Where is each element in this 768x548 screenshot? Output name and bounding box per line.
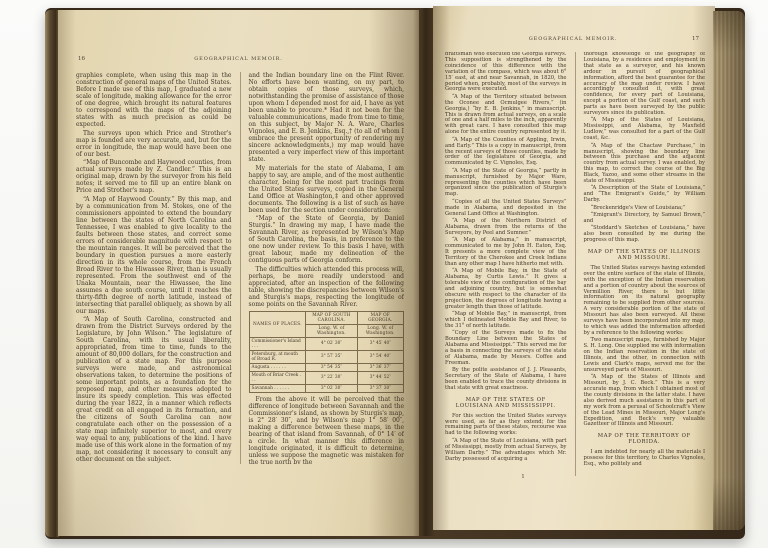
table-cell: 3° 02′ 30″: [306, 384, 357, 392]
left-page-column-2: and the Indian boundary line on the Flin…: [240, 72, 405, 464]
paragraph: “A Map of the State of Georgia,” partly …: [445, 169, 567, 199]
table-row: Mouth of Briar Creek . . . 3° 22′ 30″ 3°…: [249, 371, 404, 384]
table-cell: 3° 45′ 40″: [357, 337, 403, 350]
table-cell: 3° 54′ 40″: [357, 350, 403, 363]
table-cell: Petersburg, at mouth of Broad R.: [249, 350, 306, 363]
paragraph: draftsman who executed the Georgia surve…: [445, 52, 567, 93]
table-subheader-cell: Long. W. of Washington.: [357, 324, 403, 337]
left-page-text-area: graphies complete, when using this map i…: [76, 72, 404, 464]
table-cell: 3° 22′ 30″: [306, 371, 357, 384]
table-row: Savannah . . . . . . 3° 02′ 30″ 3° 37′ 3…: [249, 384, 404, 392]
paragraph: “Breckenridge's View of Louisiana;”: [584, 206, 706, 212]
paragraph: “Stoddard's Sketches of Louisiana,” have…: [584, 226, 706, 244]
left-column-2-after-table: From the above it will be perceived that…: [249, 396, 405, 465]
table-cell: 3° 57′ 35″: [306, 350, 357, 363]
table-header-cell: MAP OF SOUTH CAROLINA.: [306, 311, 357, 324]
paragraph: “Map of Buncombe and Haywood counties, f…: [76, 159, 232, 194]
page-number-right: 17: [692, 36, 699, 42]
signature-mark: 1: [463, 474, 583, 480]
paragraph: “Copy of the Surveys made to fix the Bou…: [445, 331, 567, 366]
table-cell: Mouth of Briar Creek . . .: [249, 371, 306, 384]
paragraph: From the above it will be perceived that…: [249, 396, 405, 465]
paragraph: “A Map of Alabama,” in manuscript, commu…: [445, 238, 567, 268]
right-page-header: GEOGRAPHICAL MEMOIR. 17: [445, 36, 701, 46]
paragraph: “A Map of the Northern District of Alaba…: [445, 219, 567, 237]
page-edges-stack: [713, 11, 745, 530]
paragraph: “A Map of the States of Louisiana, Missi…: [584, 118, 706, 142]
right-page: GEOGRAPHICAL MEMOIR. 17 draftsman who ex…: [433, 6, 715, 530]
paragraph: “A Map of the Counties of Appling, Irwin…: [445, 138, 567, 168]
paragraph: graphies complete, when using this map i…: [76, 72, 232, 128]
paragraph: “A Map of the Chactaw Purchase,” in manu…: [584, 144, 706, 185]
table-cell: Augusta . . . . . .: [249, 363, 306, 371]
table-row: Commissioner's Island . . . 4° 02′ 30″ 3…: [249, 337, 404, 350]
book-scan: 16 GEOGRAPHICAL MEMOIR. graphies complet…: [0, 0, 768, 548]
paragraph: “Map of the State of Georgia, by Daniel …: [249, 215, 405, 264]
table-cell: 3° 37′ 30″: [357, 384, 403, 392]
open-book: 16 GEOGRAPHICAL MEMOIR. graphies complet…: [45, 6, 745, 541]
section-heading: MAP OF THE TERRITORY OF FLORIDA.: [586, 434, 704, 446]
paragraph: “A Description of the State of Louisiana…: [584, 186, 706, 204]
table-cell: Savannah . . . . . .: [249, 384, 306, 392]
right-page-text-area: draftsman who executed the Georgia surve…: [445, 52, 705, 476]
right-page-column-1: draftsman who executed the Georgia surve…: [445, 52, 567, 476]
longitude-comparison-table: NAMES OF PLACES. MAP OF SOUTH CAROLINA. …: [249, 311, 405, 393]
running-header-right: GEOGRAPHICAL MEMOIR.: [445, 36, 701, 42]
paragraph: “Map of Mobile Bay,” in manuscript, from…: [445, 312, 567, 330]
running-header-left: GEOGRAPHICAL MEMOIR.: [76, 56, 401, 62]
table-subheader-cell: Long. W. of Washington.: [306, 324, 357, 337]
paragraph: and the Indian boundary line on the Flin…: [249, 72, 405, 163]
paragraph: The difficulties which attended this pro…: [249, 266, 405, 308]
paragraph: “A Map of the States of Illinois and Mis…: [584, 375, 706, 428]
table-cell: Commissioner's Island . . .: [249, 337, 306, 350]
table-row: Petersburg, at mouth of Broad R. 3° 57′ …: [249, 350, 404, 363]
table-header-cell: NAMES OF PLACES.: [249, 311, 306, 337]
table-cell: 3° 36′ 37″: [357, 363, 403, 371]
left-page-column-1: graphies complete, when using this map i…: [76, 72, 232, 464]
paragraph: For this section the United States surve…: [445, 414, 567, 438]
table-cell: 3° 54′ 35″: [306, 363, 357, 371]
paragraph: By the polite assistance of J. J. Pleasa…: [445, 368, 567, 392]
paragraph: “A Map of Haywood County.” By this map, …: [76, 196, 232, 315]
paragraph: “A Map of the State of Louisiana, with p…: [445, 439, 567, 463]
paragraph: The surveys upon which Price and Strothe…: [76, 130, 232, 158]
page-number-left: 16: [78, 56, 85, 62]
paragraph: thorough knowledge of the geography of L…: [584, 52, 706, 117]
section-heading: MAP OF THE STATES OF LOUISIANA AND MISSI…: [447, 398, 565, 410]
longitude-table-wrap: NAMES OF PLACES. MAP OF SOUTH CAROLINA. …: [249, 311, 405, 393]
table-cell: 4° 02′ 30″: [306, 337, 357, 350]
paragraph: “A Map of South Carolina, constructed an…: [76, 316, 232, 463]
paragraph: “A Map of Mobile Bay, in the State of Al…: [445, 269, 567, 310]
paragraph: “A Map of the Territory situated between…: [445, 95, 567, 136]
paragraph: The United States surveys having extende…: [584, 266, 706, 337]
right-page-column-2: thorough knowledge of the geography of L…: [575, 52, 706, 476]
table-cell: 3° 44′ 52″: [357, 371, 403, 384]
paragraph: “Emigrant's Directory, by Samuel Brown,”…: [584, 213, 706, 225]
section-heading: MAP OF THE STATES OF ILLINOIS AND MISSOU…: [586, 250, 704, 262]
paragraph: “Copies of all the United States Surveys…: [445, 200, 567, 218]
paragraph: My materials for the state of Alabama, I…: [249, 165, 405, 214]
table-row: Augusta . . . . . . 3° 54′ 35″ 3° 36′ 37…: [249, 363, 404, 371]
table-header-row: NAMES OF PLACES. MAP OF SOUTH CAROLINA. …: [249, 311, 404, 324]
left-page-header: 16 GEOGRAPHICAL MEMOIR.: [76, 56, 401, 66]
paragraph: Two manuscript maps, furnished by Major …: [584, 338, 706, 373]
paragraph: I am indebted for nearly all the materia…: [584, 450, 706, 468]
left-column-2-top: and the Indian boundary line on the Flin…: [249, 72, 405, 308]
left-page: 16 GEOGRAPHICAL MEMOIR. graphies complet…: [58, 10, 419, 536]
book-spine-edge: [45, 10, 59, 537]
table-header-cell: MAP OF GEORGIA.: [357, 311, 403, 324]
